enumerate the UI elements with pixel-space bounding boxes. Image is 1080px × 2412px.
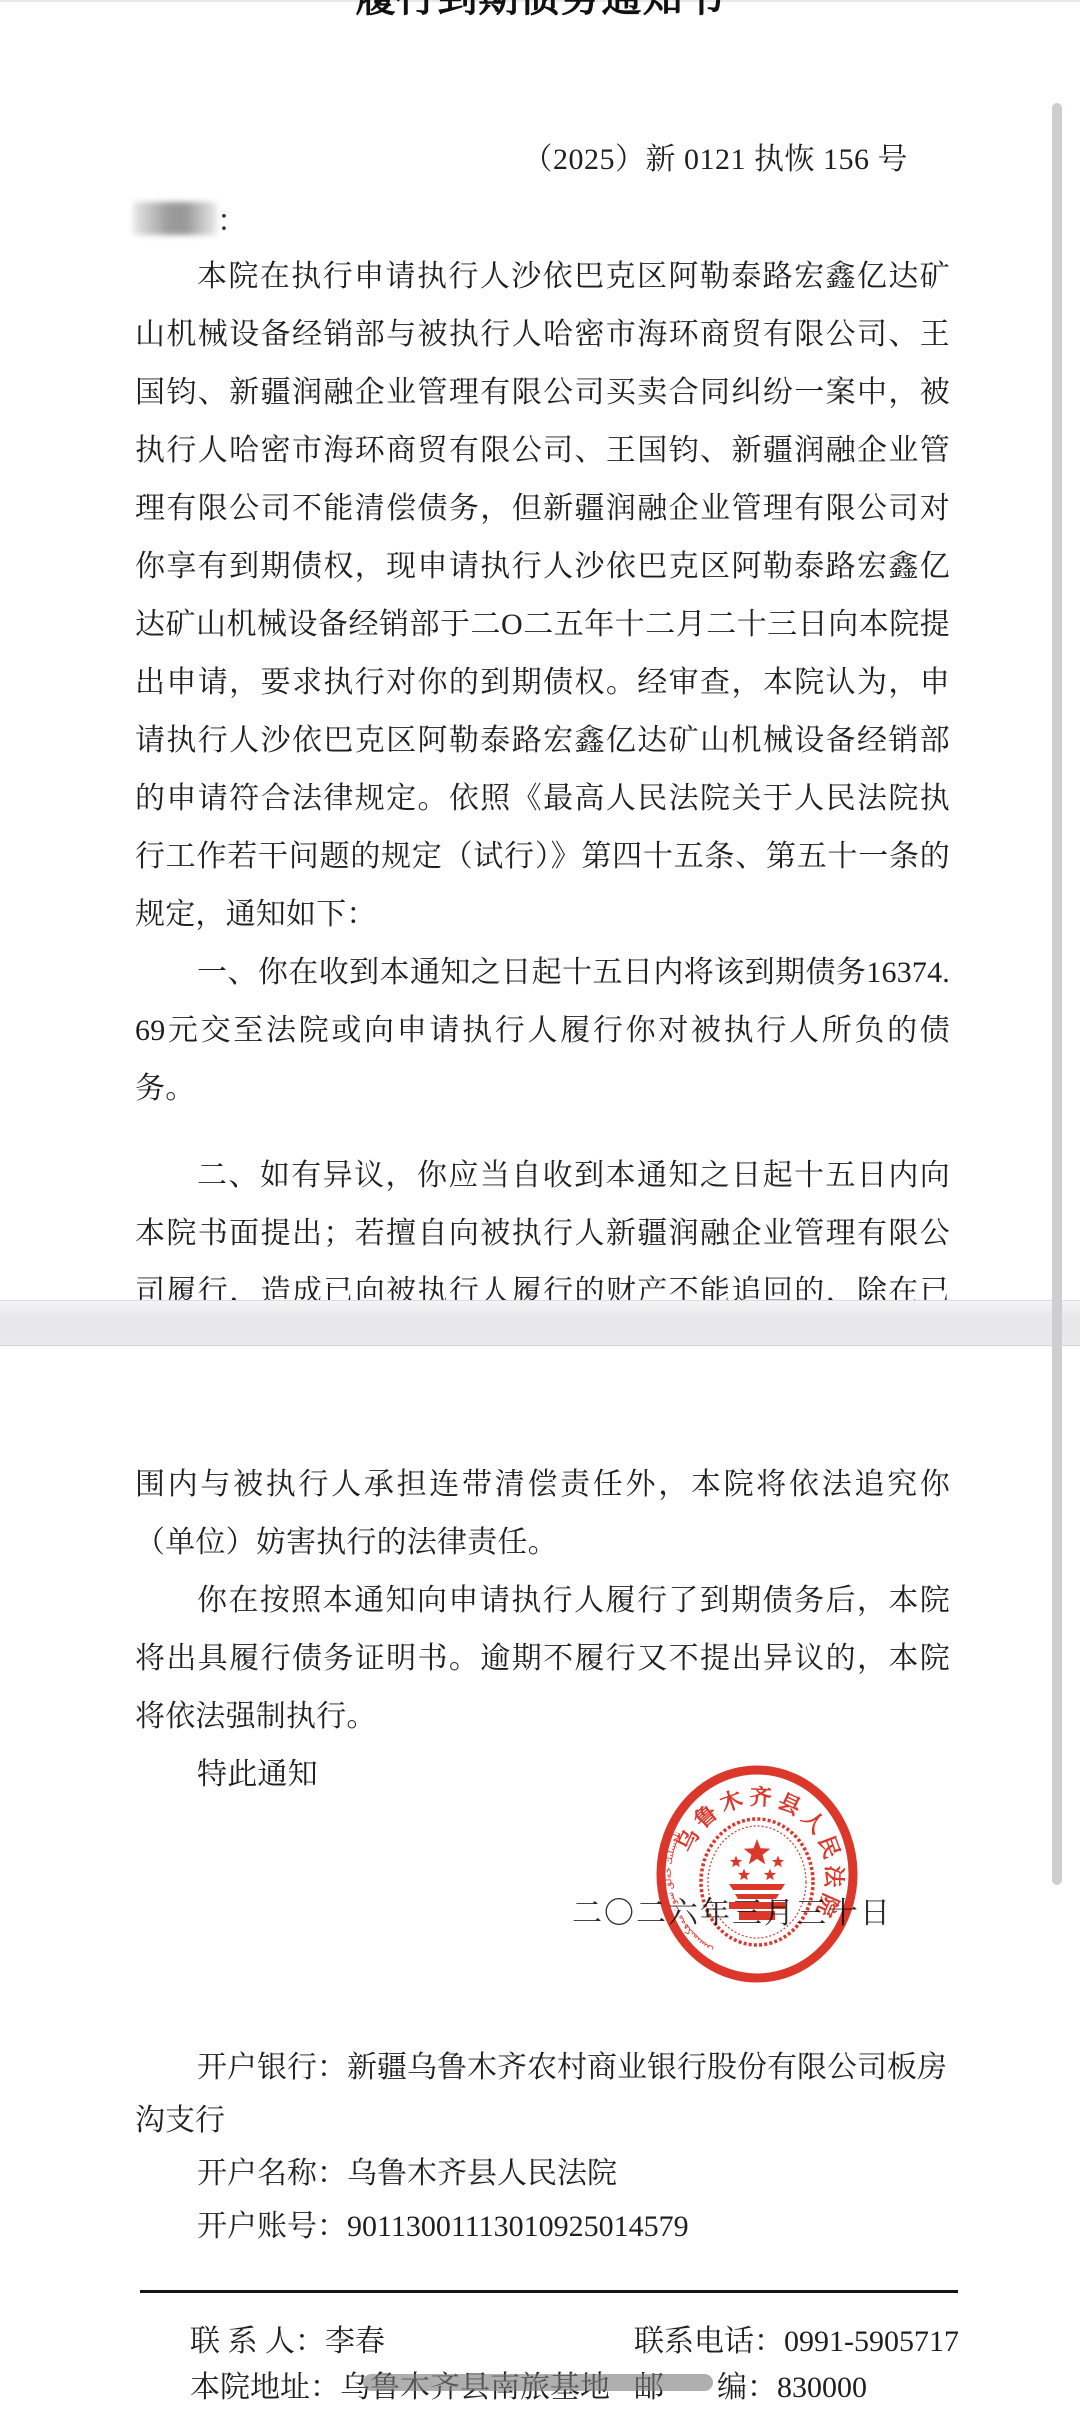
- svg-text:齐: 齐: [749, 1784, 772, 1810]
- account-name-line: 开户名称：乌鲁木齐县人民法院: [135, 2147, 950, 2200]
- emblem-stars: [730, 1839, 784, 1880]
- postal-label-right: 编：: [717, 2371, 777, 2404]
- svg-text:鲁: 鲁: [689, 1800, 722, 1833]
- paragraph-item-2-continued: 围内与被执行人承担连带清偿责任外，本院将依法追究你（单位）妨害执行的法律责任。: [135, 1456, 950, 1572]
- document-viewer: 履行到期债务通知书 （2025）新 0121 执恢 156 号 ： 本院在执行申…: [0, 0, 1080, 2412]
- footer-contact-row: 联 系 人：李春 联系电话：0991-5905717: [0, 2316, 1080, 2360]
- phone-number: 0991-5905717: [784, 2325, 959, 2358]
- paragraph-closing: 你在按照本通知向申请执行人履行了到期债务后，本院将出具履行债务证明书。逾期不履行…: [135, 1572, 950, 1746]
- svg-text:民: 民: [814, 1832, 845, 1861]
- addressee-redaction-blur: [133, 202, 217, 235]
- case-number: （2025）新 0121 执恢 156 号: [523, 134, 909, 178]
- addressee-colon: ：: [217, 205, 247, 238]
- footer-divider: [140, 2290, 958, 2293]
- contact-person: 联 系 人：李春: [190, 2316, 385, 2360]
- phone-label: 联系电话：: [634, 2325, 784, 2358]
- court-seal-image: ئۈرۈمچى ناھىيىلىك خەلق سوت مەھكىمىسى 乌鲁木…: [655, 1764, 859, 1984]
- address-label: 本院地址：: [190, 2371, 340, 2404]
- paragraph-intro: 本院在执行申请执行人沙依巴克区阿勒泰路宏鑫亿达矿山机械设备经销部与被执行人哈密市…: [135, 248, 950, 944]
- page2-body: 围内与被执行人承担连带清偿责任外，本院将依法追究你（单位）妨害执行的法律责任。 …: [135, 1456, 950, 1804]
- addressee-line: ：: [133, 196, 247, 238]
- svg-text:法: 法: [821, 1865, 847, 1889]
- svg-text:木: 木: [717, 1786, 746, 1817]
- account-number-line: 开户账号：90113001113010925014579: [135, 2200, 950, 2253]
- page1-body: 本院在执行申请执行人沙依巴克区阿勒泰路宏鑫亿达矿山机械设备经销部与被执行人哈密市…: [135, 248, 950, 1379]
- address-redaction-bar: [363, 2374, 713, 2391]
- svg-text:县: 县: [774, 1788, 805, 1820]
- svg-text:院: 院: [811, 1890, 843, 1920]
- page-separator: [0, 1300, 1080, 1346]
- emblem-gate: [729, 1884, 785, 1920]
- contact-phone: 联系电话：0991-5905717: [634, 2316, 959, 2360]
- national-emblem-icon: [701, 1819, 813, 1945]
- postal-code: 830000: [777, 2371, 867, 2404]
- contact-label: 联 系 人：: [190, 2325, 325, 2358]
- document-title: 履行到期债务通知书: [0, 0, 1080, 22]
- contact-name: 李春: [325, 2325, 385, 2358]
- court-seal: ئۈرۈمچى ناھىيىلىك خەلق سوت مەھكىمىسى 乌鲁木…: [655, 1764, 859, 1984]
- scrollbar-thumb[interactable]: [1052, 103, 1062, 1885]
- bank-info: 开户银行：新疆乌鲁木齐农村商业银行股份有限公司板房沟支行 开户名称：乌鲁木齐县人…: [135, 2041, 950, 2253]
- paragraph-item-1: 一、你在收到本通知之日起十五日内将该到期债务16374.69元交至法院或向申请执…: [135, 944, 950, 1118]
- page-1: 履行到期债务通知书 （2025）新 0121 执恢 156 号 ： 本院在执行申…: [0, 0, 1080, 1300]
- svg-text:人: 人: [797, 1805, 830, 1838]
- bank-name-line: 开户银行：新疆乌鲁木齐农村商业银行股份有限公司板房沟支行: [135, 2041, 950, 2147]
- postal-code-group: 编：830000: [717, 2362, 867, 2406]
